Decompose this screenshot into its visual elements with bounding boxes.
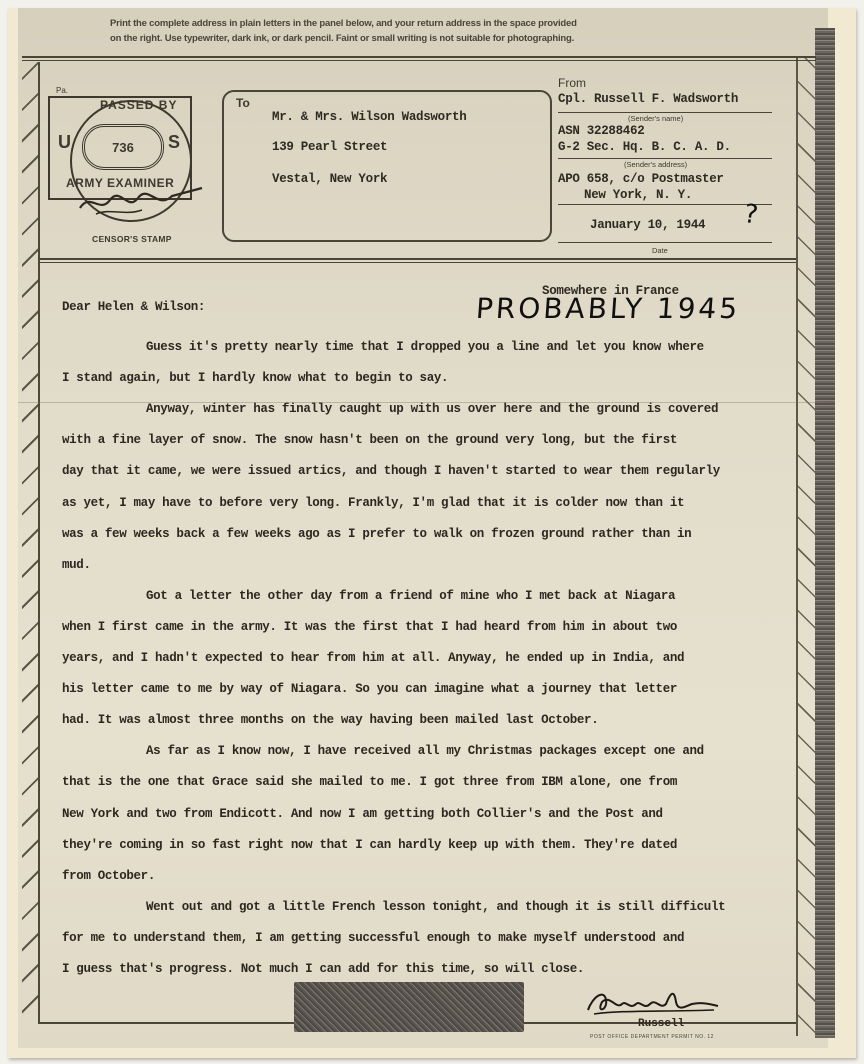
letter-line: they're coming in so fast right now that… — [62, 838, 677, 852]
recipient-street: 139 Pearl Street — [272, 140, 387, 154]
form-instructions: Print the complete address in plain lett… — [110, 16, 750, 46]
censor-signature-icon — [76, 186, 206, 218]
sender-name: Cpl. Russell F. Wadsworth — [558, 92, 738, 106]
sender-city-rule — [558, 204, 772, 205]
redacted-block — [294, 982, 524, 1032]
footer-fine-print: POST OFFICE DEPARTMENT PERMIT NO. 12 — [590, 1034, 714, 1040]
letter-line: with a fine layer of snow. The snow hasn… — [62, 433, 677, 447]
recipient-city: Vestal, New York — [272, 172, 387, 186]
sender-address-caption: (Sender's address) — [624, 160, 687, 169]
fold-crease — [18, 402, 828, 403]
letter-line: I stand again, but I hardly know what to… — [62, 371, 448, 385]
sender-name-caption: (Sender's name) — [628, 114, 683, 123]
letter-line: for me to understand them, I am getting … — [62, 931, 684, 945]
header-bottom-rule-2 — [38, 262, 796, 263]
censor-stamp-label: CENSOR'S STAMP — [92, 234, 172, 244]
instruction-line: Print the complete address in plain lett… — [110, 16, 750, 31]
date-rule — [558, 242, 772, 243]
letter-line: New York and two from Endicott. And now … — [62, 807, 663, 821]
letter-line: Went out and got a little French lesson … — [146, 900, 725, 914]
letter-date: January 10, 1944 — [590, 218, 705, 232]
salutation: Dear Helen & Wilson: — [62, 300, 205, 314]
letter-line: Anyway, winter has finally caught up wit… — [146, 402, 718, 416]
left-hatched-border — [22, 62, 40, 1022]
film-edge-bar — [815, 28, 835, 1038]
stamp-letter-s: S — [168, 132, 180, 153]
sender-name-rule — [558, 112, 772, 113]
from-label: From — [558, 76, 586, 90]
recipient-name: Mr. & Mrs. Wilson Wadsworth — [272, 110, 466, 124]
corner-mark: Pa. — [56, 86, 68, 95]
stamp-letter-u: U — [58, 132, 71, 153]
letter-line: his letter came to me by way of Niagara.… — [62, 682, 677, 696]
letter-line: when I first came in the army. It was th… — [62, 620, 677, 634]
handwritten-year-annotation: PROBABLY 1945 — [475, 292, 741, 325]
header-bottom-rule — [38, 258, 796, 260]
letter-line: Got a letter the other day from a friend… — [146, 589, 675, 603]
typed-signature: Russell — [638, 1018, 684, 1030]
letter-line: I guess that's progress. Not much I can … — [62, 962, 584, 976]
stamp-number: 736 — [112, 140, 134, 155]
date-caption: Date — [652, 246, 668, 255]
letter-line: years, and I hadn't expected to hear fro… — [62, 651, 684, 665]
letter-line: was a few weeks back a few weeks ago as … — [62, 527, 691, 541]
letter-line: Guess it's pretty nearly time that I dro… — [146, 340, 704, 354]
handwritten-signature-icon — [582, 980, 722, 1020]
sender-apo: APO 658, c/o Postmaster — [558, 172, 724, 186]
to-label: To — [236, 96, 250, 110]
letter-line: As far as I know now, I have received al… — [146, 744, 704, 758]
sender-city: New York, N. Y. — [584, 188, 692, 202]
letter-line: that is the one that Grace said she mail… — [62, 775, 677, 789]
letter-line: had. It was almost three months on the w… — [62, 713, 598, 727]
instruction-line: on the right. Use typewriter, dark ink, … — [110, 31, 750, 46]
stamp-number-oval: 736 — [82, 124, 164, 170]
letter-line: mud. — [62, 558, 91, 572]
stamp-top-text: PASSED BY — [100, 98, 177, 112]
letter-line: day that it came, we were issued artics,… — [62, 464, 720, 478]
letter-line: from October. — [62, 869, 155, 883]
header-top-rule — [22, 56, 816, 58]
sender-asn: ASN 32288462 — [558, 124, 644, 138]
header-top-rule-2 — [22, 60, 816, 61]
sender-unit-rule — [558, 158, 772, 159]
letter-line: as yet, I may have to before very long. … — [62, 496, 684, 510]
sender-unit: G-2 Sec. Hq. B. C. A. D. — [558, 140, 731, 154]
right-hatched-border — [796, 56, 816, 1036]
